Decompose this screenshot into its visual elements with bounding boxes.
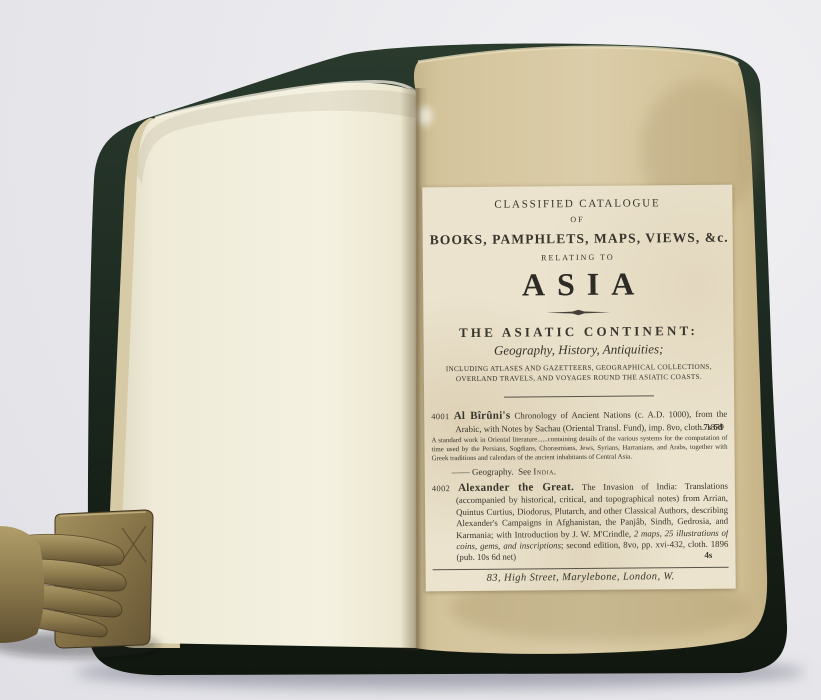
scope-line2: OVERLAND TRAVELS, AND VOYAGES ROUND THE …: [456, 373, 702, 383]
book-photograph: CLASSIFIED CATALOGUE OF BOOKS, PAMPHLETS…: [0, 0, 821, 700]
left-page: [119, 83, 416, 648]
label-header-line2: OF: [429, 214, 725, 226]
label-header-line4: RELATING TO: [430, 252, 726, 264]
clip-hand-palm: [0, 526, 44, 643]
divider-rule: [504, 396, 654, 398]
footer-rule: [433, 567, 729, 571]
section-subheading: Geography, History, Antiquities;: [431, 340, 727, 359]
scope-line1: INCLUDING ATLASES AND GAZETTEERS, GEOGRA…: [446, 362, 712, 372]
entry-number: 4001: [431, 413, 449, 422]
entry-number: 4002: [432, 484, 450, 493]
section-heading: THE ASIATIC CONTINENT:: [430, 322, 726, 341]
swelled-rule-icon: [546, 308, 610, 316]
cross-reference-prefix: —— Geography.: [452, 467, 514, 478]
catalogue-entry-4001: 4001 Al Bîrûni's Chronology of Ancient N…: [431, 407, 727, 435]
scope-note: INCLUDING ATLASES AND GAZETTEERS, GEOGRA…: [431, 361, 727, 384]
label-footer-address: 83, High Street, Marylebone, London, W.: [433, 571, 729, 585]
catalogue-label-content: CLASSIFIED CATALOGUE OF BOOKS, PAMPHLETS…: [422, 185, 736, 592]
entry-title: Alexander the Great.: [458, 481, 574, 494]
label-header-line1: CLASSIFIED CATALOGUE: [429, 197, 725, 212]
cross-reference-target: India.: [533, 466, 556, 476]
catalogue-label: CLASSIFIED CATALOGUE OF BOOKS, PAMPHLETS…: [422, 185, 736, 592]
entry-note: A standard work in Oriental literature..…: [431, 435, 727, 464]
cross-reference-see: See: [518, 466, 531, 476]
catalogue-title: ASIA: [430, 266, 726, 303]
entry-title: Al Bîrûni's: [454, 410, 511, 422]
cross-reference: —— Geography. See India.: [452, 465, 728, 477]
brass-hand-clip-icon: [0, 510, 160, 658]
label-header-line3: BOOKS, PAMPHLETS, MAPS, VIEWS, &c.: [430, 230, 726, 249]
catalogue-entry-4002: 4002 Alexander the Great. The Invasion o…: [432, 479, 729, 564]
